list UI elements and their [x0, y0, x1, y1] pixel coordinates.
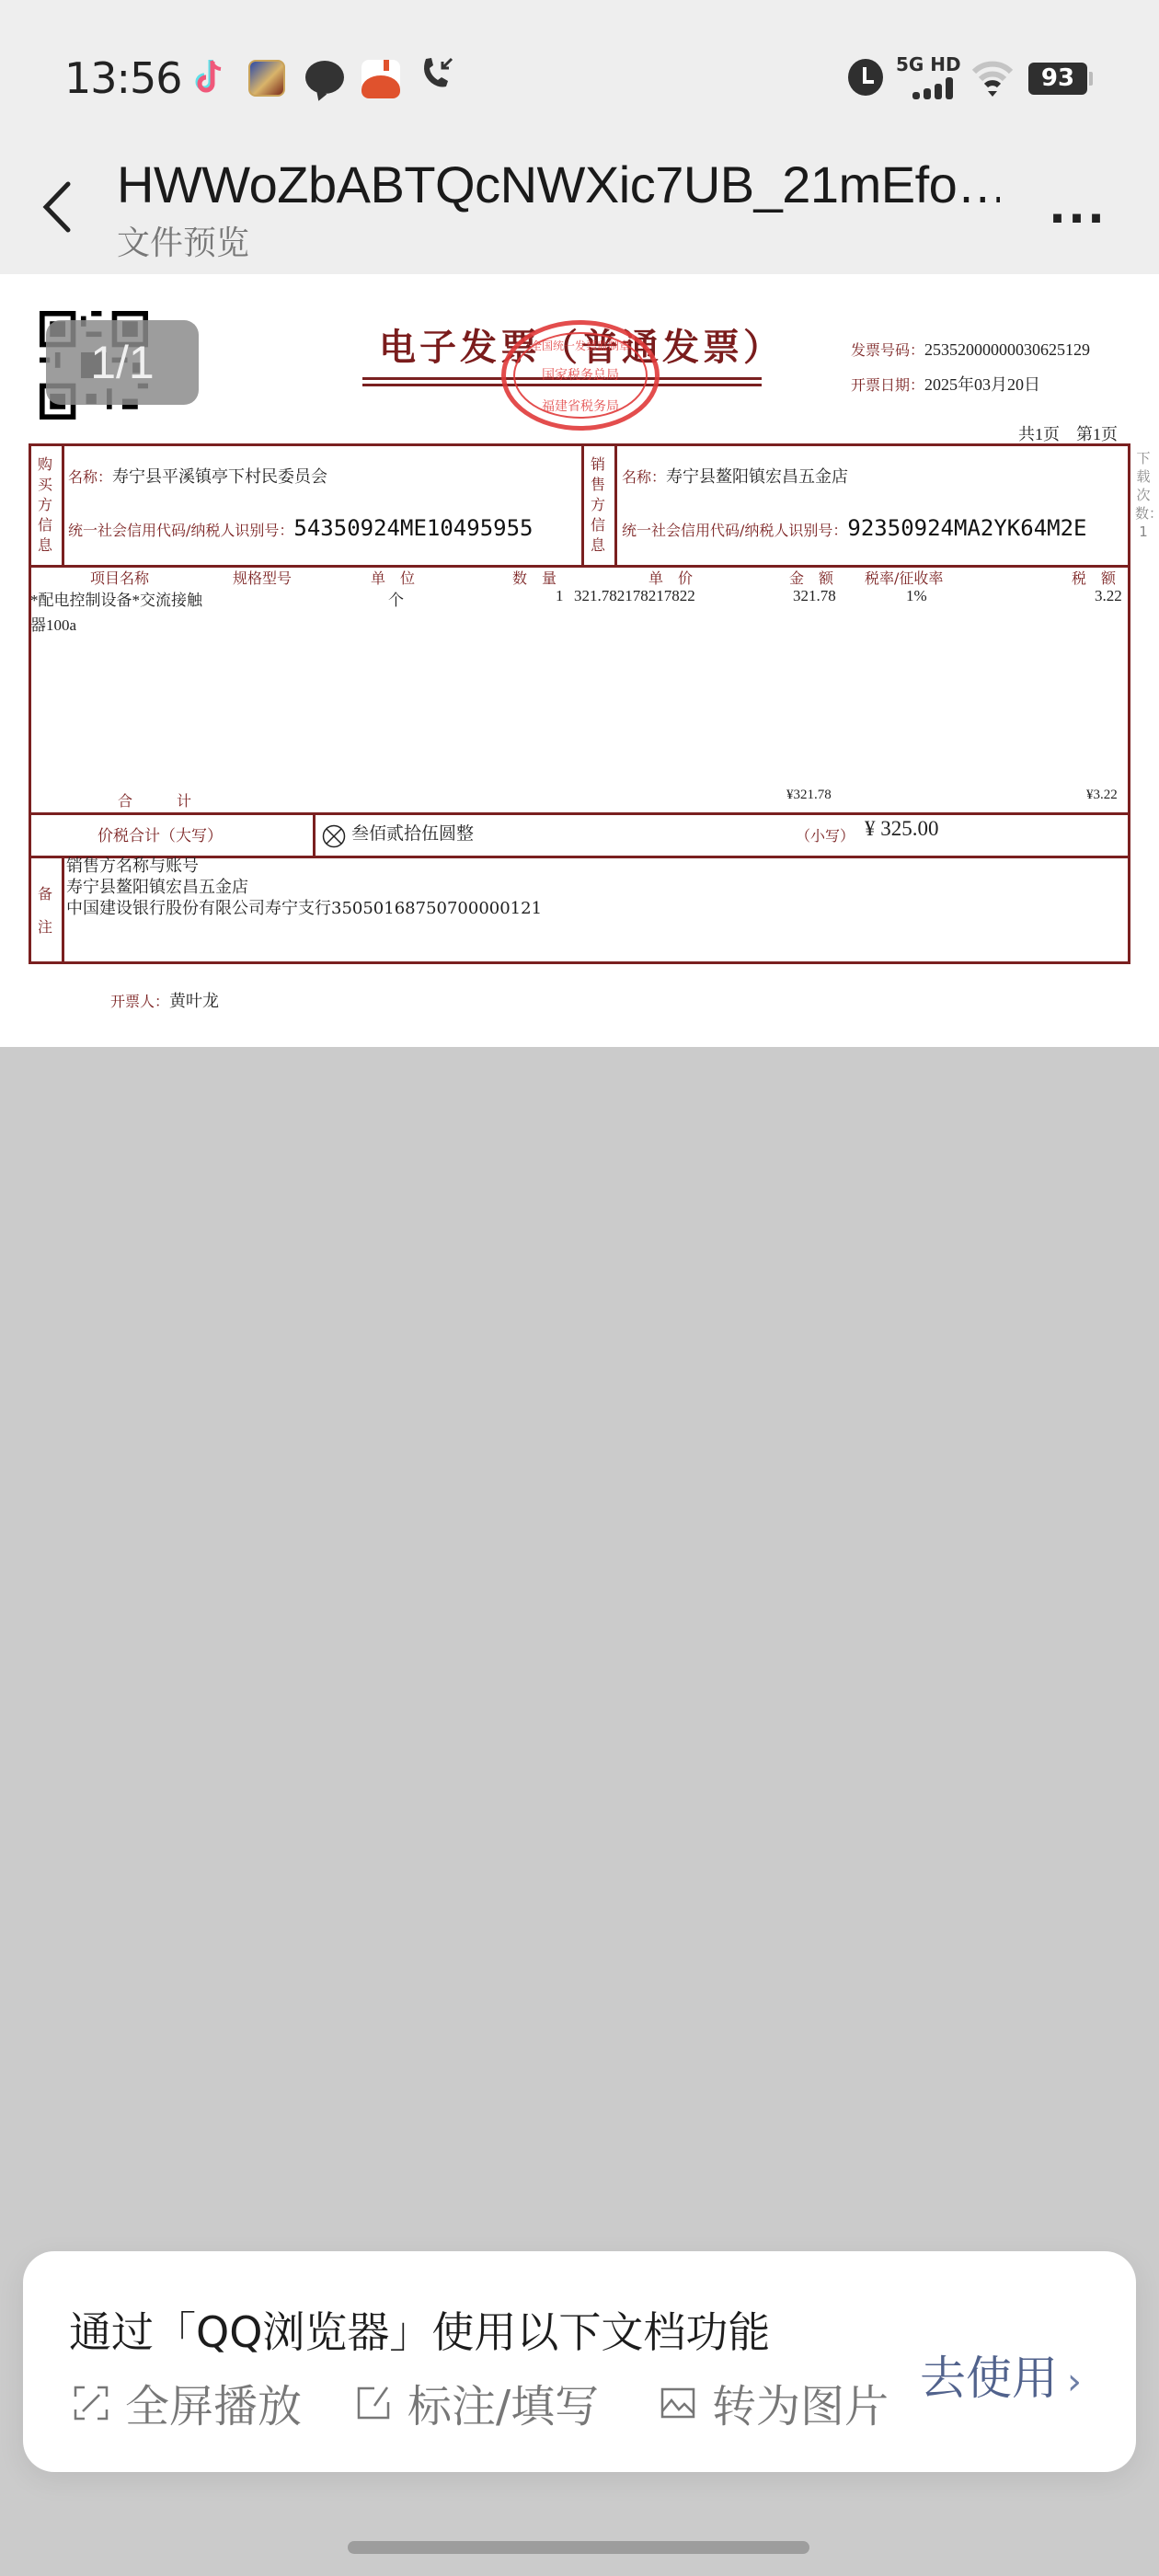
- edit-icon: [356, 2386, 391, 2421]
- remark-label: 备注: [37, 878, 53, 944]
- remark-content: 销售方名称与账号 寿宁县鳌阳镇宏昌五金店 中国建设银行股份有限公司寿宁支行350…: [66, 856, 542, 919]
- back-button[interactable]: [37, 175, 83, 239]
- tiktok-icon: [191, 57, 228, 96]
- page-count: 共1页 第1页: [1018, 421, 1118, 445]
- feature-annotate[interactable]: 标注/填写: [356, 2371, 599, 2434]
- buyer-section-label: 购买方信息: [37, 454, 53, 556]
- col-item-name: 项目名称: [90, 567, 149, 588]
- qq-browser-promo-card: 通过「QQ浏览器」使用以下文档功能 全屏播放 标注/填写 转为图片 去使用›: [23, 2251, 1136, 2472]
- col-unit: 单 位: [371, 567, 415, 588]
- issuer: 开票人：黄叶龙: [110, 988, 219, 1012]
- chevron-right-icon: ›: [1067, 2361, 1082, 2403]
- signal-icon: [912, 77, 957, 99]
- message-icon: [305, 61, 344, 94]
- total-words: 叁佰贰拾伍圆整: [351, 820, 474, 845]
- wifi-icon: [970, 57, 1015, 98]
- buyer-name: 名称：寿宁县平溪镇亭下村民委员会: [68, 464, 327, 488]
- seller-tax-id: 统一社会信用代码/纳税人识别号：92350924MA2YK64M2E: [622, 515, 1087, 541]
- total-small: ¥ 325.00: [865, 817, 939, 841]
- subtotal-amount: ¥321.78: [786, 788, 832, 803]
- alarm-icon: [848, 59, 883, 96]
- document-page[interactable]: 1/1 电子发票（普通发票） 全国统一发票监制章 国家税务总局 福建省税务局 发…: [0, 274, 1159, 1047]
- feature-fullscreen[interactable]: 全屏播放: [74, 2371, 302, 2434]
- more-options-button[interactable]: ...: [1049, 180, 1107, 234]
- go-use-button[interactable]: 去使用›: [920, 2341, 1082, 2408]
- item-unit-price: 321.782178217822: [574, 587, 695, 605]
- download-count: 下载次数：1: [1135, 449, 1152, 541]
- buyer-tax-id: 统一社会信用代码/纳税人识别号：54350924ME10495955: [68, 515, 534, 541]
- item-tax: 3.22: [1095, 587, 1122, 605]
- cross-circle-icon: [322, 824, 346, 848]
- status-time: 13:56: [64, 53, 182, 103]
- missed-call-icon: [419, 53, 455, 92]
- item-quantity: 1: [556, 587, 564, 605]
- seller-name: 名称：寿宁县鳌阳镇宏昌五金店: [622, 464, 848, 488]
- image-icon: [660, 2386, 695, 2421]
- tomato-novel-icon: [361, 60, 400, 98]
- network-type: 5G HD: [896, 53, 961, 75]
- fullscreen-icon: [74, 2386, 109, 2421]
- col-quantity: 数 量: [512, 567, 557, 588]
- invoice-date: 开票日期：2025年03月20日: [851, 372, 1040, 396]
- item-amount: 321.78: [793, 587, 836, 605]
- total-small-label: （小写）: [796, 824, 855, 845]
- col-tax: 税 额: [1072, 567, 1116, 588]
- page-indicator: 1/1: [46, 320, 199, 405]
- game-app-icon: [248, 60, 285, 97]
- seller-section-label: 销售方信息: [590, 454, 606, 556]
- item-tax-rate: 1%: [906, 587, 927, 605]
- col-spec: 规格型号: [233, 567, 292, 588]
- col-amount: 金 额: [789, 567, 833, 588]
- promo-title: 通过「QQ浏览器」使用以下文档功能: [69, 2299, 770, 2360]
- col-unit-price: 单 价: [648, 567, 693, 588]
- feature-to-image[interactable]: 转为图片: [660, 2371, 889, 2434]
- item-name: *配电控制设备*交流接触: [30, 587, 202, 610]
- item-unit: 个: [388, 587, 404, 610]
- item-name-cont: 器100a: [30, 612, 76, 635]
- subtotal-tax: ¥3.22: [1086, 788, 1118, 803]
- subtotal-label: 合 计: [118, 789, 191, 811]
- battery-indicator: 93: [1028, 63, 1087, 95]
- official-seal: 全国统一发票监制章 国家税务总局 福建省税务局: [501, 320, 660, 431]
- col-tax-rate: 税率/征收率: [865, 567, 943, 588]
- total-words-label: 价税合计（大写）: [98, 822, 223, 845]
- document-subtitle: 文件预览: [117, 217, 249, 264]
- document-title: HWWoZbABTQcNWXic7UB_21mEfo…: [117, 155, 1000, 214]
- invoice-number: 发票号码：25352000000030625129: [851, 339, 1090, 360]
- top-bar: 13:56 5G HD 93 HWWoZbABTQcNWXic7UB_21mEf…: [0, 0, 1159, 274]
- home-indicator[interactable]: [348, 2541, 809, 2554]
